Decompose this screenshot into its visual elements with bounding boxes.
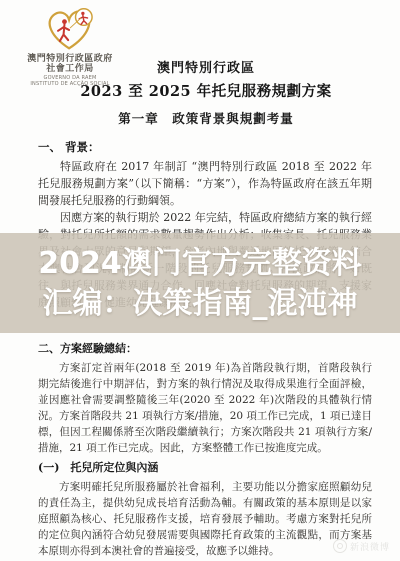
section1-heading: 一、 背景： xyxy=(38,139,372,156)
overlay-watermark-band: 2024澳门官方完整资料 汇编：决策指南_混沌神 xyxy=(0,233,400,333)
photo-watermark-text: 新浪微博 xyxy=(350,540,390,553)
overlay-text-line-1: 2024澳门官方完整资料 xyxy=(38,247,362,280)
photo-watermark: 新浪微博 xyxy=(333,539,390,553)
document-title-block: 澳門特別行政區 2023 至 2025 年托兒服務規劃方案 xyxy=(36,57,376,101)
scanned-document-page: 澳門特別行政區政府 社會工作局 GOVERNO DA RAEM INSTITUT… xyxy=(0,0,400,561)
section2-paragraph-1: 方案訂定首兩年(2018 至 2019 年)為首階段執行期，首階段執行期完結後進… xyxy=(38,360,372,456)
section2-heading: 二、方案經驗總結： xyxy=(38,341,372,357)
document-title-plan: 2023 至 2025 年托兒服務規劃方案 xyxy=(36,80,376,101)
chapter-heading: 第一章 政策背景與規劃考量 xyxy=(36,109,376,127)
subsection-heading: (一) 托兒所定位與內涵 xyxy=(38,460,372,476)
overlay-text-line-2: 汇编：决策指南_混沌神 xyxy=(43,287,358,320)
document-title-region: 澳門特別行政區 xyxy=(36,57,376,76)
weibo-camera-icon xyxy=(333,539,347,553)
subsection-paragraph-1: 方案明確托兒所服務屬於社會福利，主要功能以分擔家庭照顧幼兒的責任為主，提供幼兒成… xyxy=(38,479,372,559)
document-body-lower: 二、方案經驗總結： 方案訂定首兩年(2018 至 2019 年)為首階段執行期，… xyxy=(38,341,372,559)
heart-logo-icon xyxy=(42,6,98,52)
section1-paragraph-1: 特區政府在 2017 年制訂 “澳門特別行政區 2018 至 2022 年托兒服… xyxy=(38,158,372,209)
